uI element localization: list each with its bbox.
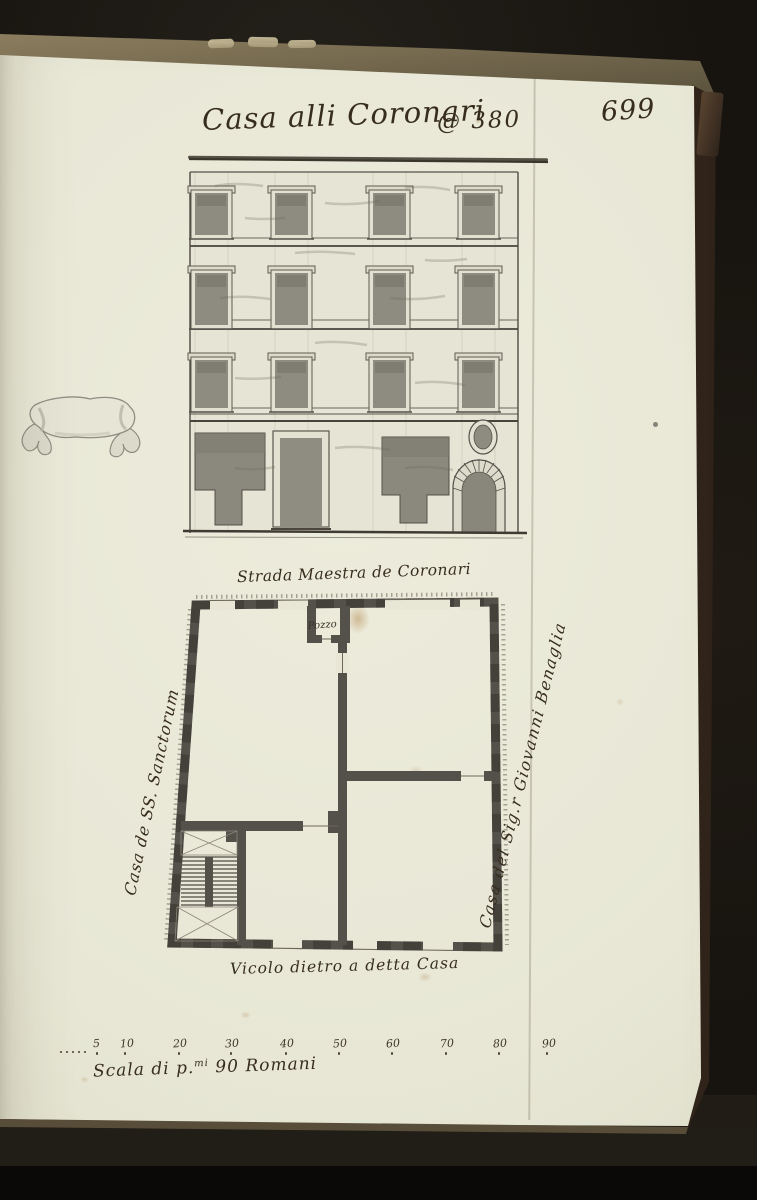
scale-label-post: 90 Romani: [209, 1054, 318, 1078]
arched-doorway: [453, 459, 505, 533]
edge-debris: [208, 39, 234, 49]
scale-tick-dot: [546, 1052, 548, 1055]
bottom-wall-openings: [273, 938, 453, 951]
staircase: [175, 831, 238, 941]
edge-debris: [248, 37, 278, 48]
oval-window: [474, 425, 492, 449]
left-cross-wall: [181, 821, 303, 831]
scale-tick-dot: [445, 1052, 447, 1055]
scale-tick-label: 5: [93, 1037, 101, 1050]
backdrop-band-black: [0, 1166, 757, 1200]
floor-plan-drawing: Pozzo: [150, 555, 570, 1015]
folio-number: 699: [600, 95, 656, 126]
price-annotation: @ 380: [437, 109, 522, 135]
right-cross-wall: [347, 771, 461, 781]
scale-tick-label: 10: [120, 1037, 135, 1051]
scale-tick-dot: [391, 1052, 393, 1055]
scale-subdivision-dot: [72, 1051, 74, 1053]
scale-tick-label: 40: [280, 1037, 295, 1051]
scale-subdivision-dot: [66, 1051, 68, 1053]
scale-label-sup: mi: [194, 1058, 209, 1070]
scale-subdivision-dot: [60, 1051, 62, 1053]
scale-tick-dot: [498, 1052, 500, 1055]
scale-tick-label: 90: [542, 1037, 557, 1051]
scale-tick-dot: [124, 1052, 126, 1055]
well-label: Pozzo: [306, 619, 337, 632]
scale-tick-dot: [338, 1052, 340, 1055]
central-wall: [338, 643, 347, 945]
entrance-door: [280, 438, 322, 527]
scale-label-pre: Scala di p.: [93, 1058, 195, 1082]
facade-elevation-drawing: [175, 148, 565, 548]
manuscript-page-photo: Casa alli Coronari @ 380 699: [0, 0, 757, 1200]
scale-tick-label: 80: [493, 1037, 508, 1051]
ribbon-sketch: [15, 375, 150, 470]
scale-tick-dot: [230, 1052, 232, 1055]
scale-subdivision-dot: [84, 1051, 86, 1053]
scale-tick-label: 70: [440, 1037, 455, 1051]
scale-tick-label: 20: [173, 1037, 188, 1051]
backdrop-band-dark: [0, 1128, 757, 1168]
scale-tick-dot: [96, 1052, 98, 1055]
edge-debris: [288, 40, 316, 48]
scale-tick-label: 60: [386, 1037, 401, 1051]
scale-subdivision-dot: [78, 1051, 80, 1053]
scale-tick-label: 50: [333, 1037, 348, 1051]
scale-tick-dot: [178, 1052, 180, 1055]
scale-tick-label: 30: [225, 1037, 240, 1051]
